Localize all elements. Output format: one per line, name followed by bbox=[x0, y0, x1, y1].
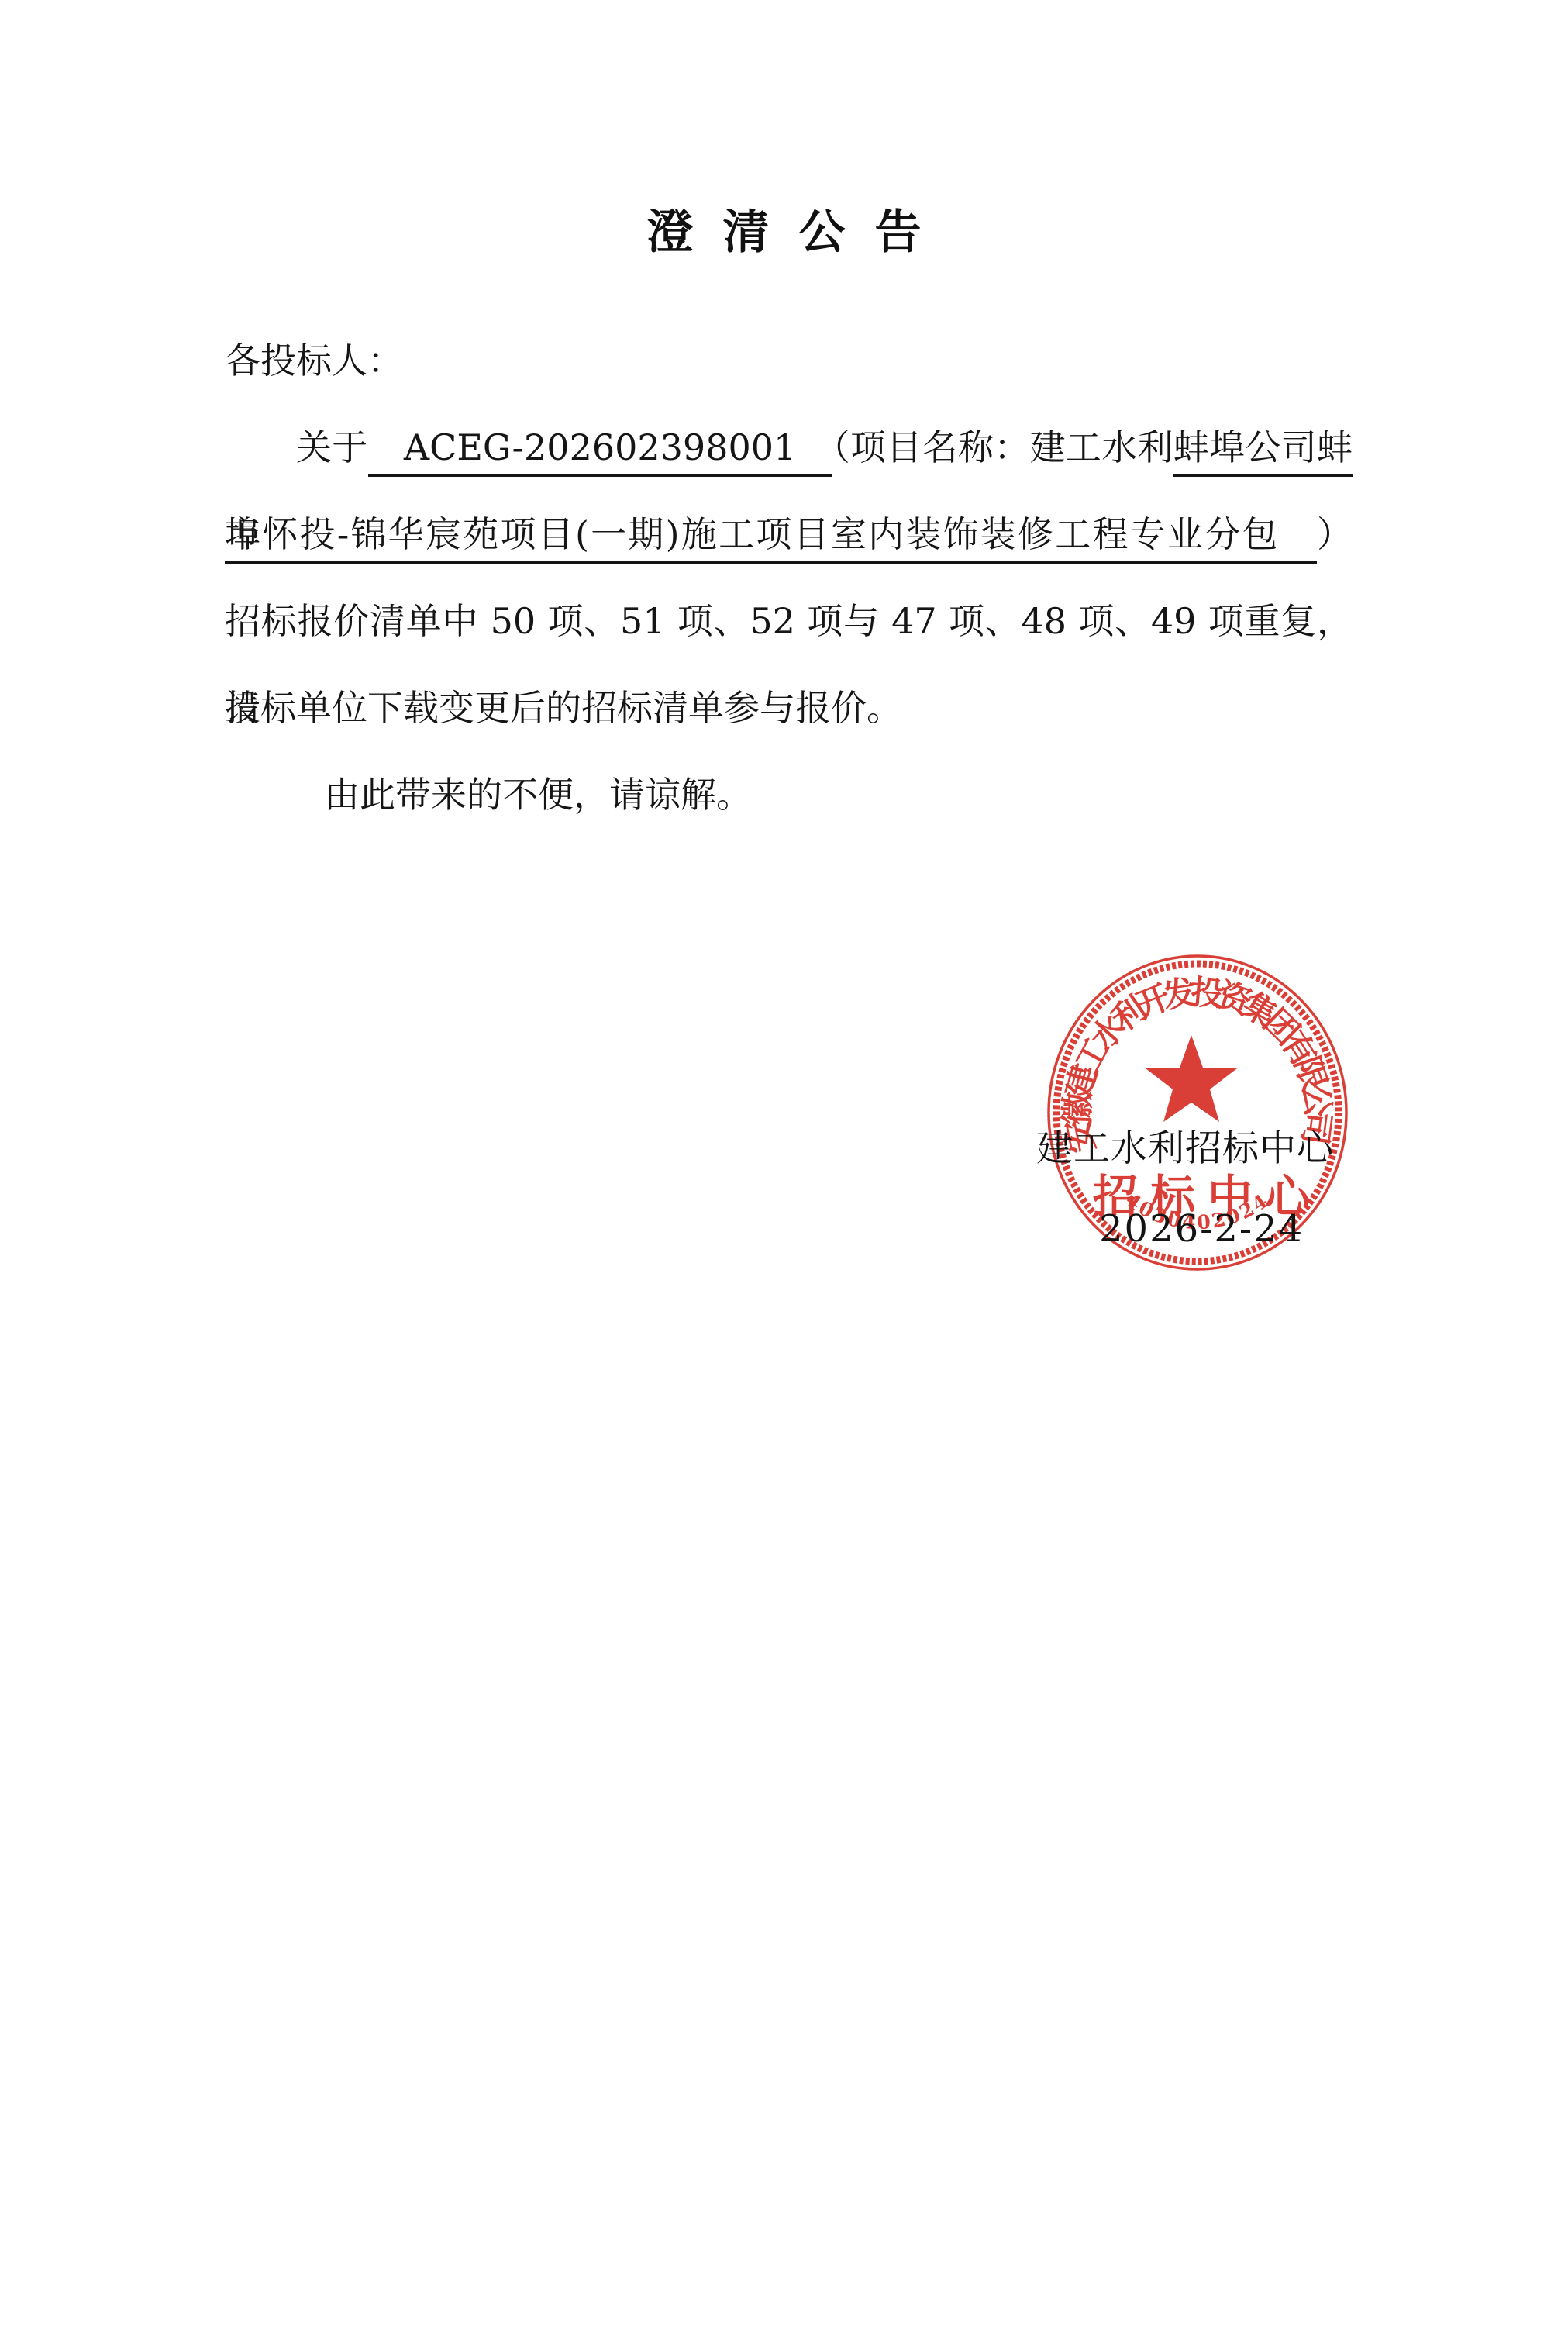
page-title: 澄清公告 bbox=[0, 195, 1568, 262]
body-paragraph: 关于 ACEG-202602398001 （项目名称：建工水利蚌埠公司蚌埠 市怀… bbox=[225, 404, 1353, 751]
document-page: 澄清公告 各投标人： 关于 ACEG-202602398001 （项目名称：建工… bbox=[0, 0, 1568, 2326]
signature-org: 建工水利招标中心 bbox=[1036, 1120, 1334, 1172]
paragraph-line-3: 招标报价清单中 50 项、51 项、52 项与 47 项、48 项、49 项重复… bbox=[225, 578, 1353, 664]
paragraph-line-4: 投标单位下载变更后的招标清单参与报价。 bbox=[225, 664, 1353, 751]
closing-line: 由此带来的不便，请谅解。 bbox=[225, 751, 1353, 838]
project-name-underlined-part2: 市怀投-锦华宸苑项目(一期)施工项目室内装饰装修工程专业分包 bbox=[225, 513, 1317, 564]
line1-prefix: 关于 bbox=[296, 426, 368, 468]
star-icon bbox=[1146, 1035, 1237, 1122]
signature-date: 2026-2-24 bbox=[1099, 1207, 1304, 1251]
paragraph-line-2: 市怀投-锦华宸苑项目(一期)施工项目室内装饰装修工程专业分包 ） bbox=[225, 491, 1353, 578]
line1-middle: （项目名称：建工水利 bbox=[832, 426, 1173, 468]
paragraph-line-1: 关于 ACEG-202602398001 （项目名称：建工水利蚌埠公司蚌埠 bbox=[225, 404, 1353, 491]
greeting-line: 各投标人： bbox=[225, 317, 1353, 404]
tender-code-underlined: ACEG-202602398001 bbox=[368, 426, 832, 477]
line2-closing-paren: ） bbox=[1317, 513, 1353, 555]
